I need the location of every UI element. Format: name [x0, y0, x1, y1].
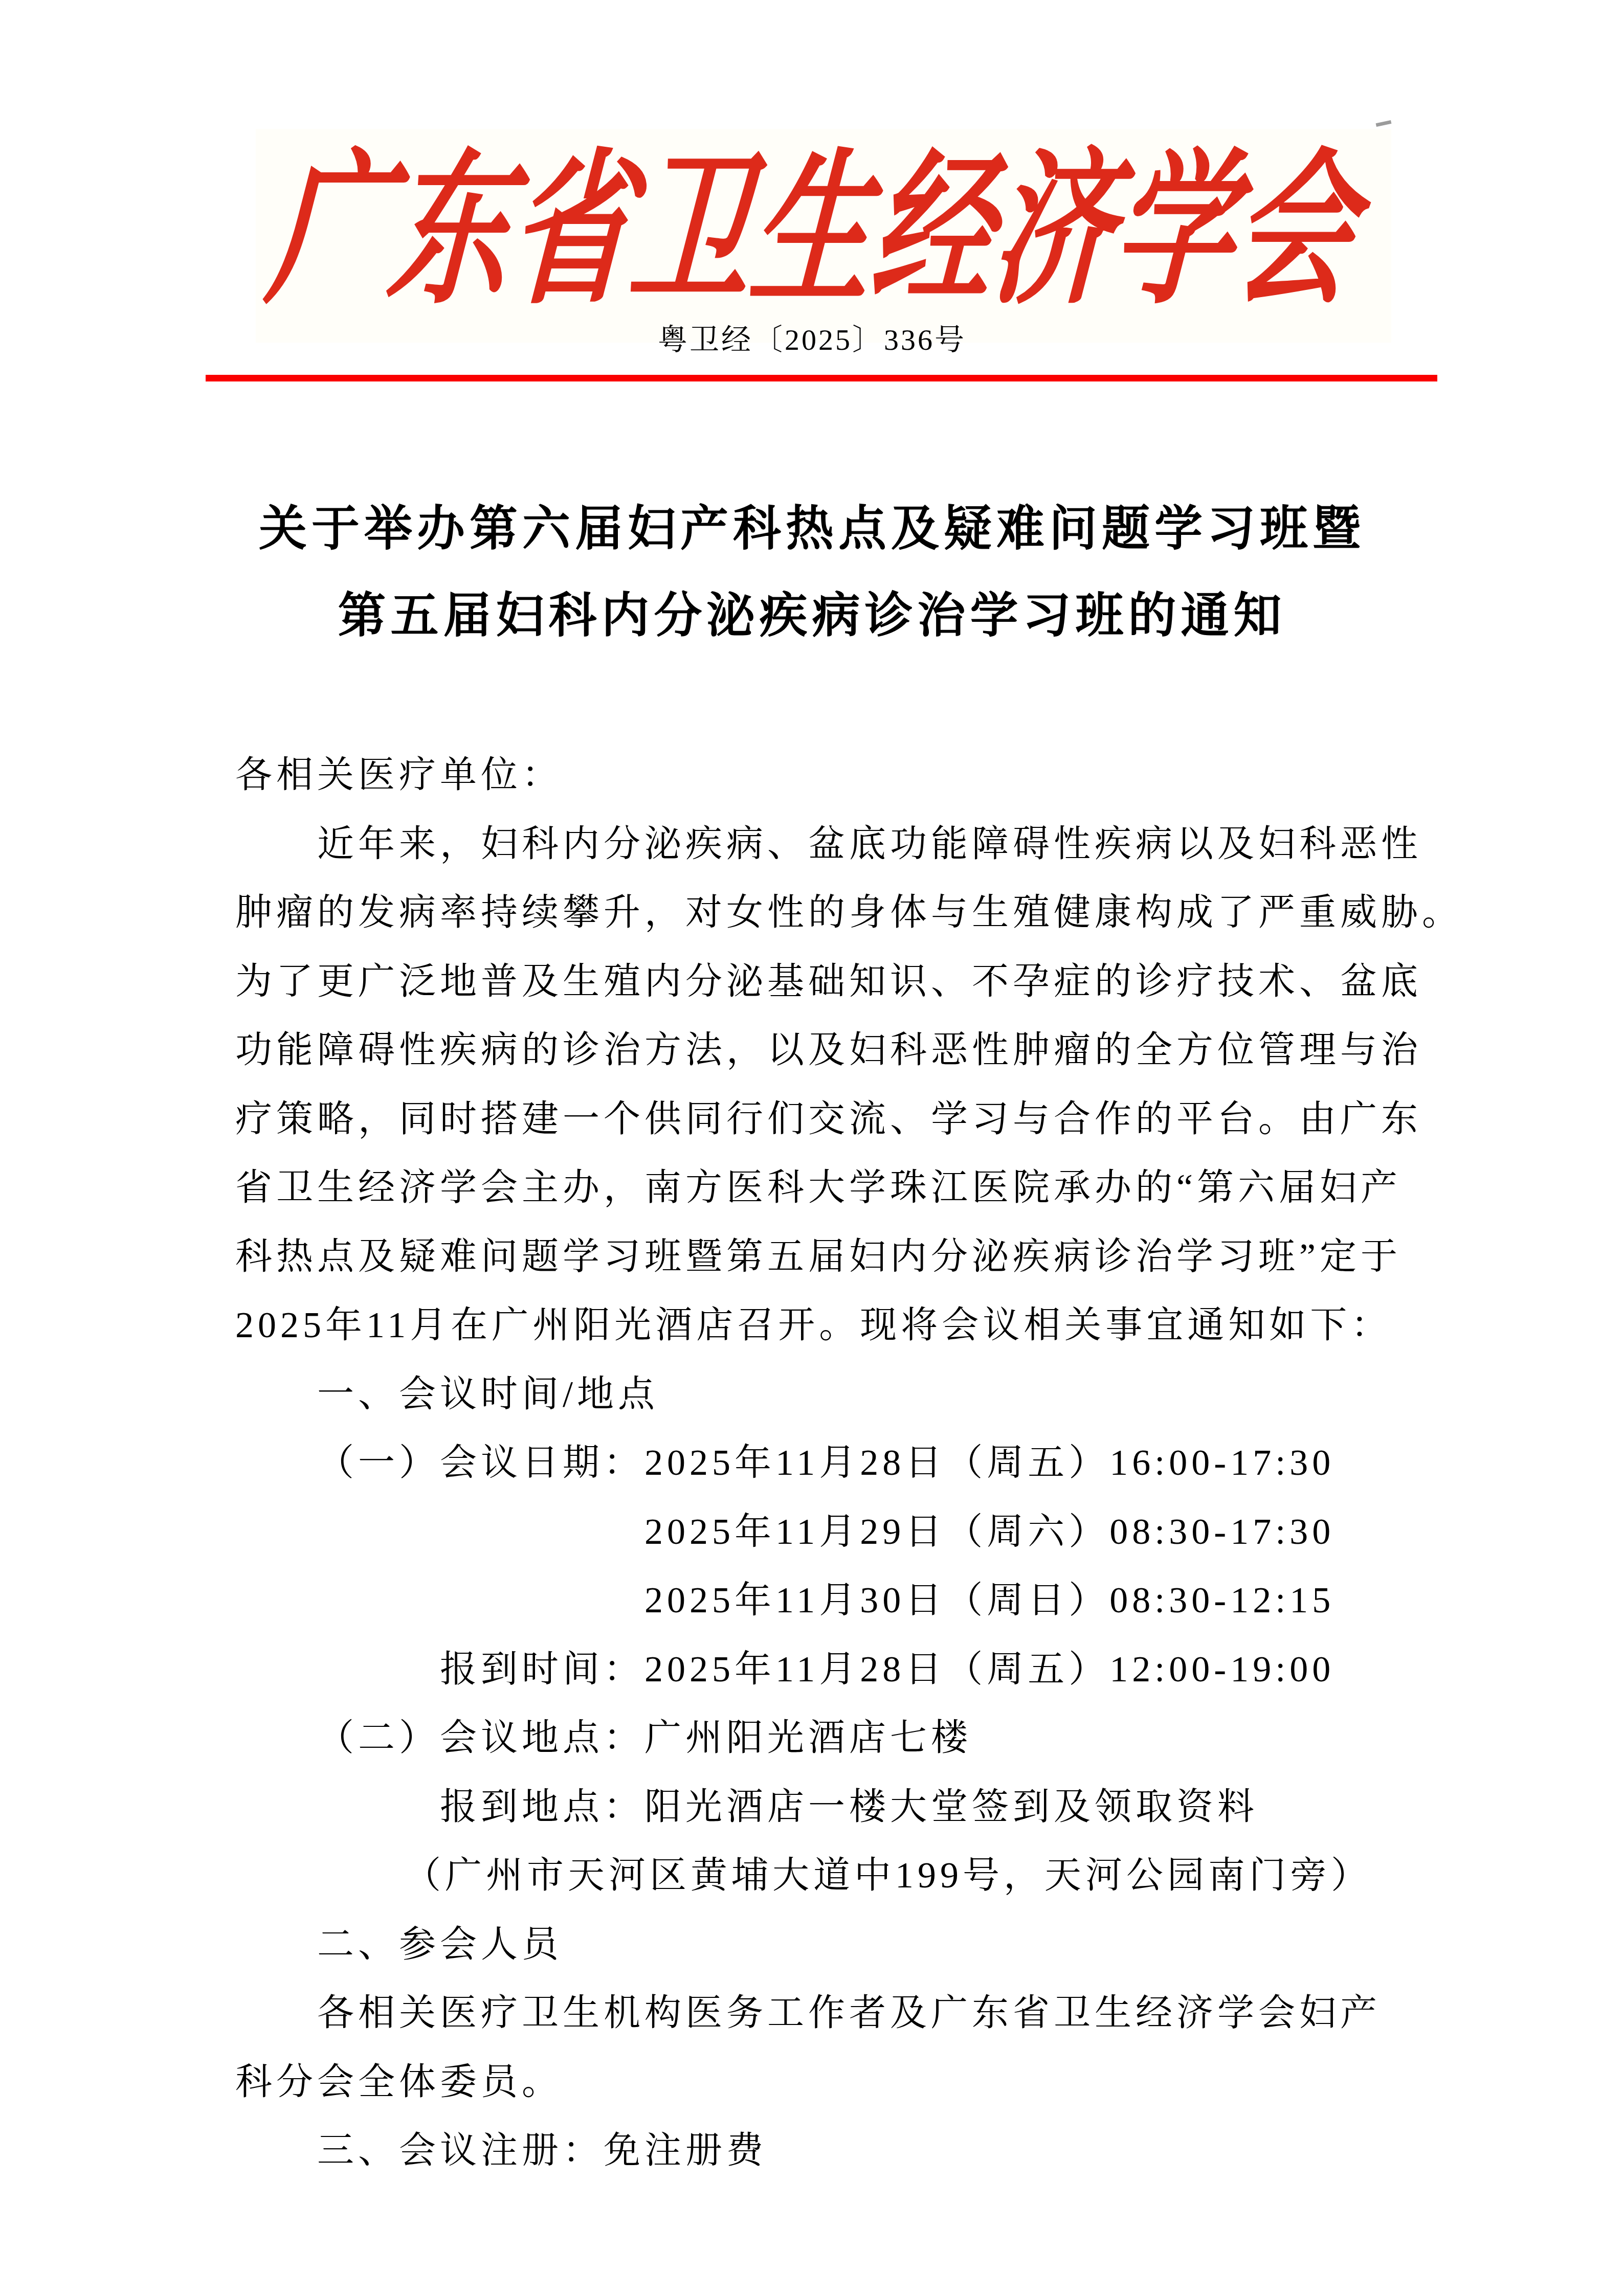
body-line-section-2: 二、参会人员 — [317, 1910, 1463, 1979]
body-line: 报到地点：阳光酒店一楼大堂签到及领取资料 — [440, 1772, 1463, 1841]
body-line-section-1: 一、会议时间/地点 — [317, 1360, 1463, 1429]
title-line-1: 关于举办第六届妇产科热点及疑难问题学习班暨 — [0, 486, 1624, 573]
body-line: （广州市天河区黄埔大道中199号，天河公园南门旁） — [404, 1841, 1463, 1910]
notice-body: 各相关医疗单位： 近年来，妇科内分泌疾病、盆底功能障碍性疾病以及妇科恶性 肿瘤的… — [235, 740, 1463, 2185]
body-line: 各相关医疗单位： — [235, 740, 1463, 809]
body-line: 疗策略，同时搭建一个供同行们交流、学习与合作的平台。由广东 — [235, 1085, 1463, 1154]
red-divider — [206, 375, 1437, 381]
notice-title: 关于举办第六届妇产科热点及疑难问题学习班暨 第五届妇科内分泌疾病诊治学习班的通知 — [0, 486, 1624, 660]
body-line: 各相关医疗卫生机构医务工作者及广东省卫生经济学会妇产 — [317, 1978, 1463, 2047]
body-line: 科分会全体委员。 — [235, 2047, 1463, 2117]
body-line: （二）会议地点：广州阳光酒店七楼 — [317, 1703, 1463, 1772]
notice-document-page: 广东省卫生经济学会 粤卫经〔2025〕336号 关于举办第六届妇产科热点及疑难问… — [0, 0, 1624, 2296]
body-line: 科热点及疑难问题学习班暨第五届妇内分泌疾病诊治学习班”定于 — [235, 1222, 1463, 1291]
body-line: 为了更广泛地普及生殖内分泌基础知识、不孕症的诊疗技术、盆底 — [235, 947, 1463, 1016]
body-line: 省卫生经济学会主办，南方医科大学珠江医院承办的“第六届妇产 — [235, 1153, 1463, 1222]
body-line: 功能障碍性疾病的诊治方法，以及妇科恶性肿瘤的全方位管理与治 — [235, 1016, 1463, 1085]
body-line: 报到时间：2025年11月28日（周五）12:00-19:00 — [440, 1635, 1463, 1704]
body-line: 肿瘤的发病率持续攀升，对女性的身体与生殖健康构成了严重威胁。 — [235, 878, 1463, 947]
body-line: 2025年11月29日（周六）08:30-17:30 — [644, 1497, 1463, 1566]
body-line: 2025年11月30日（周日）08:30-12:15 — [644, 1566, 1463, 1635]
body-line: 2025年11月在广州阳光酒店召开。现将会议相关事宜通知如下： — [235, 1291, 1463, 1360]
association-logo: 广东省卫生经济学会 — [0, 127, 1624, 336]
logo-artifact-mark — [1376, 120, 1392, 127]
body-line-section-3: 三、会议注册：免注册费 — [317, 2116, 1463, 2185]
title-line-2: 第五届妇科内分泌疾病诊治学习班的通知 — [0, 573, 1624, 660]
document-number: 粤卫经〔2025〕336号 — [0, 317, 1624, 363]
body-line: （一）会议日期：2025年11月28日（周五）16:00-17:30 — [317, 1428, 1463, 1497]
body-line: 近年来，妇科内分泌疾病、盆底功能障碍性疾病以及妇科恶性 — [317, 809, 1463, 879]
